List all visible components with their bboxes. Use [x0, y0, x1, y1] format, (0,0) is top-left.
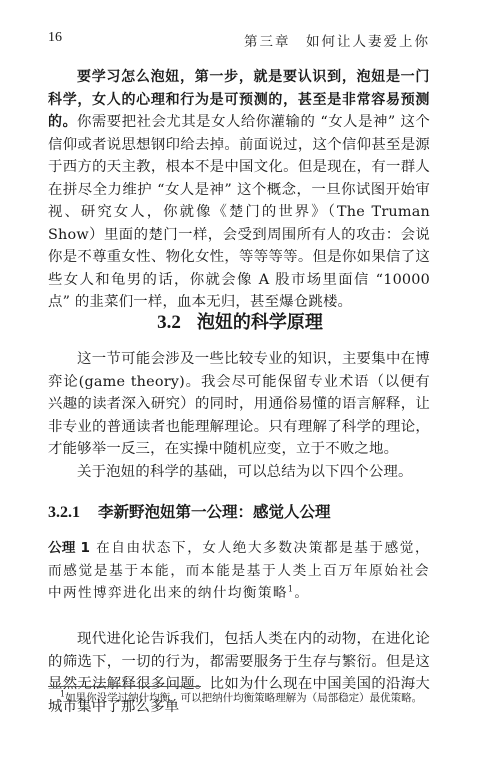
footnote-text: 如果你没学过纳什均衡，可以把纳什均衡策略理解为（局部稳定）最优策略。	[65, 692, 422, 704]
paragraph-belief: 你需要把社会尤其是女人给你灌输的 “女人是神” 这个信仰或者说思想钢印给去掉。前…	[48, 111, 430, 314]
axiom-label: 公理 1	[48, 540, 90, 556]
axiom-block: 公理 1在自由状态下，女人绝大多数决策都是基于感觉，而感觉是基于本能，而本能是基…	[48, 537, 430, 605]
axiom-end: 。	[294, 585, 309, 601]
chapter-title: 第三章 如何让人妻爱上你	[244, 30, 430, 50]
section-title: 泡妞的科学原理	[197, 312, 323, 333]
section-number: 3.2	[157, 312, 181, 333]
section-heading: 3.2泡妞的科学原理	[0, 308, 480, 334]
running-header: 16 第三章 如何让人妻爱上你	[48, 30, 430, 50]
subsection-heading: 3.2.1李新野泡妞第一公理：感觉人公理	[48, 500, 331, 522]
subsection-title: 李新野泡妞第一公理：感觉人公理	[98, 503, 331, 521]
axiom-text: 在自由状态下，女人绝大多数决策都是基于感觉，而感觉是基于本能，而本能是基于人类上…	[48, 540, 430, 601]
footnote-divider	[48, 686, 201, 687]
paragraph-intro-theory: 这一节可能会涉及一些比较专业的知识，主要集中在博弈论(game theory)。…	[48, 348, 430, 461]
footnote: 1如果你没学过纳什均衡，可以把纳什均衡策略理解为（局部稳定）最优策略。	[60, 690, 440, 706]
page-number: 16	[48, 30, 62, 46]
subsection-number: 3.2.1	[48, 504, 80, 521]
paragraph-axioms-summary: 关于泡妞的科学的基础，可以总结为以下四个公理。	[48, 461, 430, 484]
